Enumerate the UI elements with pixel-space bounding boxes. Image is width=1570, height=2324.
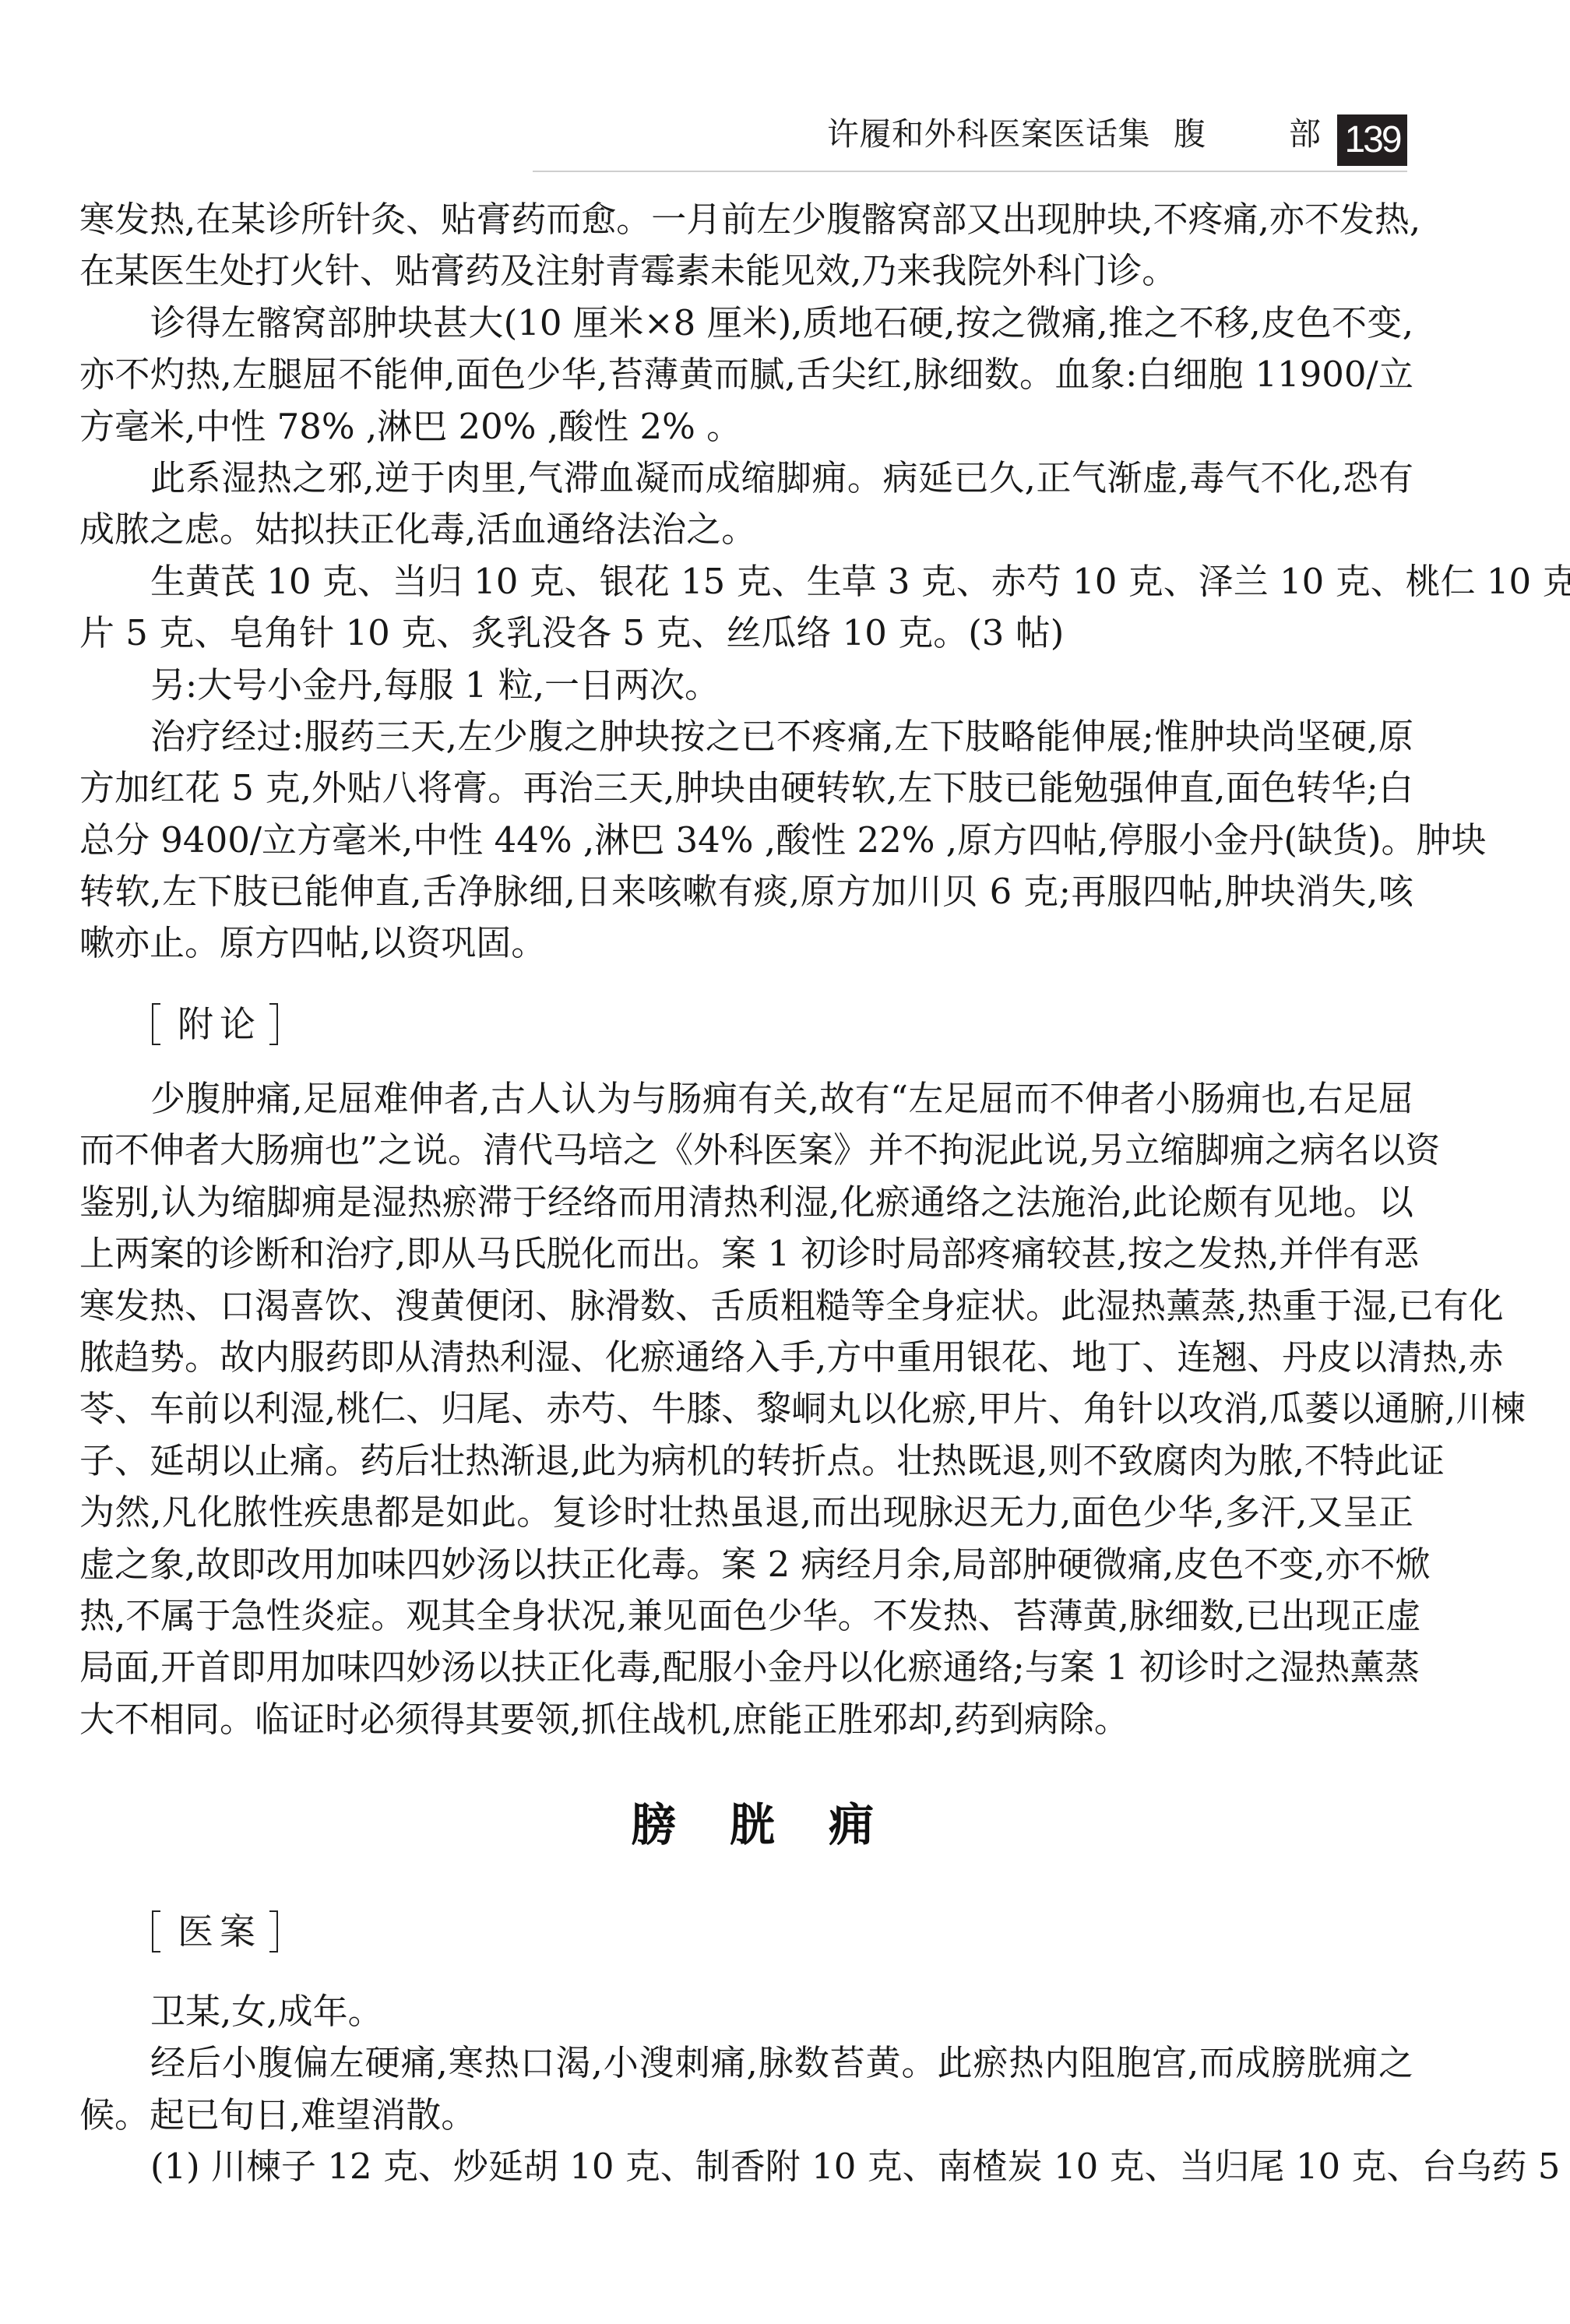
text-line: 方毫米,中性 78% ,淋巴 20% ,酸性 2% 。: [79, 401, 1413, 452]
header-rule-divider: [533, 171, 1407, 172]
text-line: 生黄芪 10 克、当归 10 克、银花 15 克、生草 3 克、赤芍 10 克、…: [79, 556, 1413, 607]
bracket-left-icon: [152, 1003, 160, 1045]
text-line: 上两案的诊断和治疗,即从马氏脱化而出。案 1 初诊时局部疼痛较甚,按之发热,并伴…: [79, 1228, 1413, 1280]
discussion-heading: 附论: [152, 1002, 278, 1046]
bracket-left-icon: [152, 1910, 160, 1953]
text-line: 寒发热,在某诊所针灸、贴膏药而愈。一月前左少腹髂窝部又出现肿块,不疼痛,亦不发热…: [79, 194, 1413, 245]
text-line: 总分 9400/立方毫米,中性 44% ,淋巴 34% ,酸性 22% ,原方四…: [79, 815, 1413, 866]
text-line: 局面,开首即用加味四妙汤以扶正化毒,配服小金丹以化瘀通络;与案 1 初诊时之湿热…: [79, 1642, 1413, 1693]
running-header-book-title: 许履和外科医案医话集: [827, 115, 1150, 153]
bracket-right-icon: [269, 1003, 278, 1045]
text-line: 少腹肿痛,足屈难伸者,古人认为与肠痈有关,故有“左足屈而不伸者小肠痈也,右足屈: [79, 1073, 1413, 1125]
text-line: 治疗经过:服药三天,左少腹之肿块按之已不疼痛,左下肢略能伸展;惟肿块尚坚硬,原: [79, 711, 1413, 762]
text-line: 脓趋势。故内服药即从清热利湿、化瘀通络入手,方中重用银花、地丁、连翘、丹皮以清热…: [79, 1332, 1413, 1383]
page-number-badge: 139: [1337, 114, 1407, 166]
running-header-section-char-2: 部: [1289, 115, 1321, 153]
text-line: 卫某,女,成年。: [79, 1986, 1413, 2037]
text-line: 寒发热、口渴喜饮、溲黄便闭、脉滑数、舌质粗糙等全身症状。此湿热薰蒸,热重于湿,已…: [79, 1280, 1413, 1332]
section-title: 膀胱痈: [631, 1801, 928, 1848]
text-line: 成脓之虑。姑拟扶正化毒,活血通络法治之。: [79, 504, 1413, 555]
text-line: 此系湿热之邪,逆于肉里,气滞血凝而成缩脚痈。病延已久,正气渐虚,毒气不化,恐有: [79, 452, 1413, 504]
text-line: 在某医生处打火针、贴膏药及注射青霉素未能见效,乃来我院外科门诊。: [79, 245, 1413, 297]
text-line: 经后小腹偏左硬痛,寒热口渴,小溲刺痛,脉数苔黄。此瘀热内阻胞宫,而成膀胱痈之: [79, 2037, 1413, 2089]
text-line: 转软,左下肢已能伸直,舌净脉细,日来咳嗽有痰,原方加川贝 6 克;再服四帖,肿块…: [79, 866, 1413, 917]
text-line: 热,不属于急性炎症。观其全身状况,兼见面色少华。不发热、苔薄黄,脉细数,已出现正…: [79, 1590, 1413, 1642]
case-heading-label: 医案: [178, 1910, 262, 1953]
book-page: 许履和外科医案医话集 腹 部 139 寒发热,在某诊所针灸、贴膏药而愈。一月前左…: [0, 0, 1570, 2324]
text-line: 亦不灼热,左腿屈不能伸,面色少华,苔薄黄而腻,舌尖红,脉细数。血象:白细胞 11…: [79, 349, 1413, 400]
bracket-right-icon: [269, 1910, 278, 1953]
text-line: 片 5 克、皂角针 10 克、炙乳没各 5 克、丝瓜络 10 克。(3 帖): [79, 607, 1413, 659]
text-line: 子、延胡以止痛。药后壮热渐退,此为病机的转折点。壮热既退,则不致腐肉为脓,不特此…: [79, 1435, 1413, 1487]
text-line: 虚之象,故即改用加味四妙汤以扶正化毒。案 2 病经月余,局部肿硬微痛,皮色不变,…: [79, 1539, 1413, 1590]
text-line: 而不伸者大肠痈也”之说。清代马培之《外科医案》并不拘泥此说,另立缩脚痈之病名以资: [79, 1125, 1413, 1176]
new-case-text: 卫某,女,成年。 经后小腹偏左硬痛,寒热口渴,小溲刺痛,脉数苔黄。此瘀热内阻胞宫…: [79, 1986, 1413, 2193]
discussion-text: 少腹肿痛,足屈难伸者,古人认为与肠痈有关,故有“左足屈而不伸者小肠痈也,右足屈 …: [79, 1073, 1413, 1745]
text-line: 方加红花 5 克,外贴八将膏。再治三天,肿块由硬转软,左下肢已能勉强伸直,面色转…: [79, 762, 1413, 814]
running-header-section-char-1: 腹: [1174, 115, 1206, 153]
text-line: 候。起已旬日,难望消散。: [79, 2090, 1413, 2141]
text-line: 为然,凡化脓性疾患都是如此。复诊时壮热虽退,而出现脉迟无力,面色少华,多汗,又呈…: [79, 1487, 1413, 1538]
discussion-heading-label: 附论: [178, 1002, 262, 1046]
text-line: (1) 川楝子 12 克、炒延胡 10 克、制香附 10 克、南楂炭 10 克、…: [79, 2141, 1413, 2192]
text-line: 大不相同。临证时必须得其要领,抓住战机,庶能正胜邪却,药到病除。: [79, 1694, 1413, 1745]
text-line: 另:大号小金丹,每服 1 粒,一日两次。: [79, 660, 1413, 711]
case-heading: 医案: [152, 1910, 278, 1953]
text-line: 苓、车前以利湿,桃仁、归尾、赤芍、牛膝、黎峒丸以化瘀,甲片、角针以攻消,瓜蒌以通…: [79, 1383, 1413, 1435]
text-line: 诊得左髂窝部肿块甚大(10 厘米×8 厘米),质地石硬,按之微痛,推之不移,皮色…: [79, 298, 1413, 349]
text-line: 鉴别,认为缩脚痈是湿热瘀滞于经络而用清热利湿,化瘀通络之法施治,此论颇有见地。以: [79, 1177, 1413, 1228]
text-line: 嗽亦止。原方四帖,以资巩固。: [79, 917, 1413, 969]
case-record-text: 寒发热,在某诊所针灸、贴膏药而愈。一月前左少腹髂窝部又出现肿块,不疼痛,亦不发热…: [79, 194, 1413, 970]
